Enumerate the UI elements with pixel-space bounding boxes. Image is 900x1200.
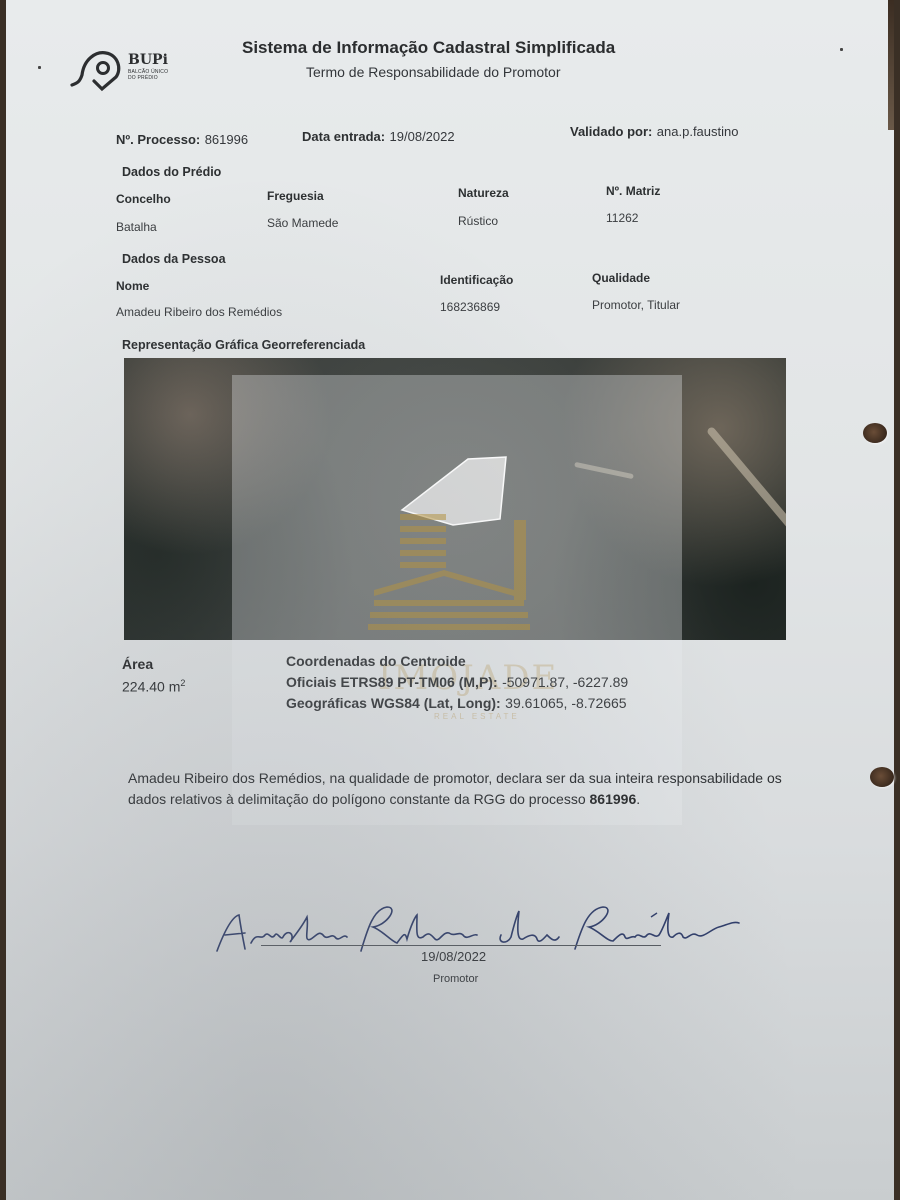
page-title: Sistema de Informação Cadastral Simplifi…	[242, 38, 615, 58]
validated-by-value: ana.p.faustino	[657, 124, 739, 139]
watermark-building-icon	[364, 490, 544, 640]
property-natureza-value: Rústico	[458, 214, 498, 228]
centroid-geographic-value: 39.61065, -8.72665	[505, 695, 626, 711]
person-name-value: Amadeu Ribeiro dos Remédios	[116, 305, 282, 319]
property-freguesia-label: Freguesia	[267, 189, 324, 203]
property-section-title: Dados do Prédio	[122, 165, 221, 179]
property-concelho-label: Concelho	[116, 192, 171, 206]
area-label: Área	[122, 656, 153, 672]
validated-by: Validado por: ana.p.faustino	[570, 123, 738, 141]
process-number: Nº. Processo: 861996	[116, 131, 248, 149]
page-subtitle: Termo de Responsabilidade do Promotor	[306, 64, 560, 80]
centroid-title: Coordenadas do Centroide	[286, 653, 466, 669]
area-value: 224.40 m2	[122, 678, 185, 695]
document-page: BUPi BALCÃO ÚNICO DO PRÉDIO Sistema de I…	[6, 0, 894, 1200]
property-matriz-value: 11262	[606, 211, 638, 225]
declaration-end: .	[636, 791, 640, 807]
process-number-label: Nº. Processo:	[116, 132, 200, 147]
centroid-official: Oficiais ETRS89 PT-TM06 (M,P): -50971.87…	[286, 674, 628, 692]
entry-date-label: Data entrada:	[302, 129, 385, 144]
centroid-geographic-label: Geográficas WGS84 (Lat, Long):	[286, 695, 501, 711]
area-unit-superscript: 2	[180, 678, 185, 688]
declaration-text: Amadeu Ribeiro dos Remédios, na qualidad…	[128, 768, 808, 810]
property-natureza-label: Natureza	[458, 186, 509, 200]
map-section-title: Representação Gráfica Georreferenciada	[122, 338, 365, 352]
bupi-logo: BUPi BALCÃO ÚNICO DO PRÉDIO	[68, 45, 208, 95]
person-name-label: Nome	[116, 279, 149, 293]
signature-line	[261, 945, 661, 946]
property-concelho-value: Batalha	[116, 220, 157, 234]
logo-subtitle: BALCÃO ÚNICO DO PRÉDIO	[128, 69, 168, 81]
process-number-value: 861996	[205, 132, 248, 147]
centroid-official-label: Oficiais ETRS89 PT-TM06 (M,P):	[286, 674, 498, 690]
logo-brand: BUPi	[128, 52, 168, 68]
paper-speck	[38, 66, 41, 69]
person-section-title: Dados da Pessoa	[122, 252, 226, 266]
declaration-body: Amadeu Ribeiro dos Remédios, na qualidad…	[128, 770, 782, 807]
centroid-geographic: Geográficas WGS84 (Lat, Long): 39.61065,…	[286, 695, 627, 713]
background-edge	[888, 0, 894, 130]
property-matriz-label: Nº. Matriz	[606, 184, 660, 198]
property-freguesia-value: São Mamede	[267, 216, 338, 230]
person-id-label: Identificação	[440, 273, 513, 287]
person-quality-label: Qualidade	[592, 271, 650, 285]
paper-speck	[840, 48, 843, 51]
map-road	[706, 426, 786, 538]
logo-subtitle-line2: DO PRÉDIO	[128, 75, 168, 81]
entry-date-value: 19/08/2022	[390, 129, 455, 144]
signature-date: 19/08/2022	[421, 949, 486, 964]
area-value-number: 224.40 m	[122, 679, 180, 695]
validated-by-label: Validado por:	[570, 124, 652, 139]
watermark-subtext: REAL ESTATE	[434, 712, 520, 721]
punch-hole	[863, 423, 887, 443]
centroid-official-value: -50971.87, -6227.89	[502, 674, 628, 690]
signature-role: Promotor	[433, 973, 478, 985]
handwritten-signature	[211, 895, 751, 955]
declaration-process-number: 861996	[590, 791, 637, 807]
map-pin-icon	[68, 45, 124, 95]
punch-hole	[870, 767, 894, 787]
person-quality-value: Promotor, Titular	[592, 298, 680, 312]
entry-date: Data entrada: 19/08/2022	[302, 128, 455, 146]
person-id-value: 168236869	[440, 300, 500, 314]
